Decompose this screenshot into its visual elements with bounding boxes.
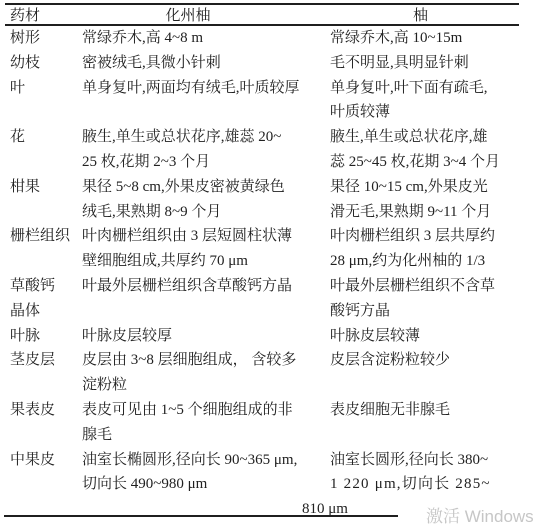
huazhou-pomelo-cell: 油室长椭圆形,径向长 90~365 μm,切向长 490~980 μm: [82, 448, 330, 498]
table-row: 草酸钙晶体叶最外层栅栏组织含草酸钙方晶叶最外层栅栏组织不含草酸钙方晶: [5, 274, 519, 324]
table-row: 果表皮表皮可见由 1~5 个细胞组成的非腺毛表皮细胞无非腺毛: [5, 398, 519, 448]
row-label-cell: 叶: [5, 76, 82, 101]
huazhou-pomelo-cell: 单身复叶,两面均有绒毛,叶质较厚: [82, 76, 330, 101]
text-line: 幼枝: [10, 51, 82, 76]
text-line: 叶肉栅栏组织 3 层共厚约: [330, 224, 519, 249]
huazhou-pomelo-cell: 果径 5~8 cm,外果皮密被黄绿色绒毛,果熟期 8~9 个月: [82, 175, 330, 225]
text-line: 叶最外层栅栏组织含草酸钙方晶: [82, 274, 330, 299]
header-cell-huazhou-pomelo: 化州柚: [82, 4, 330, 25]
text-line: 果径 10~15 cm,外果皮光: [330, 175, 519, 200]
text-line: 叶最外层栅栏组织不含草: [330, 274, 519, 299]
text-line: 栅栏组织: [10, 224, 82, 249]
text-line: 腺毛: [82, 423, 330, 448]
huazhou-pomelo-cell: 叶肉栅栏组织由 3 层短圆柱状薄壁细胞组成,共厚约 70 μm: [82, 224, 330, 274]
text-line: 果径 5~8 cm,外果皮密被黄绿色: [82, 175, 330, 200]
row-label-cell: 树形: [5, 26, 82, 51]
text-line: 蕊 25~45 枚,花期 3~4 个月: [330, 150, 519, 175]
row-label-cell: 幼枝: [5, 51, 82, 76]
table-header-row: 药材 化州柚 柚: [5, 5, 519, 24]
row-label-cell: 中果皮: [5, 448, 82, 473]
row-label-cell: 叶脉: [5, 324, 82, 349]
text-line: 中果皮: [10, 448, 82, 473]
table-row: 花腋生,单生或总状花序,雄蕊 20~25 枚,花期 2~3 个月腋生,单生或总状…: [5, 125, 519, 175]
text-line: 皮层含淀粉粒较少: [330, 348, 519, 373]
pomelo-cell: 叶脉皮层较薄: [330, 324, 519, 349]
huazhou-pomelo-cell: 密被绒毛,具微小针刺: [82, 51, 330, 76]
row-label-cell: 柑果: [5, 175, 82, 200]
pomelo-cell: 叶肉栅栏组织 3 层共厚约28 μm,约为化州柚的 1/3: [330, 224, 519, 274]
pomelo-cell: 常绿乔木,高 10~15m: [330, 26, 519, 51]
table-row: 叶单身复叶,两面均有绒毛,叶质较厚单身复叶,叶下面有疏毛,叶质较薄: [5, 76, 519, 126]
text-line: 表皮可见由 1~5 个细胞组成的非: [82, 398, 330, 423]
pomelo-cell: 果径 10~15 cm,外果皮光滑无毛,果熟期 9~11 个月: [330, 175, 519, 225]
table-row: 茎皮层皮层由 3~8 层细胞组成， 含较多淀粉粒皮层含淀粉粒较少: [5, 348, 519, 398]
row-label-cell: 果表皮: [5, 398, 82, 423]
text-line: 草酸钙: [10, 274, 82, 299]
text-line: 叶脉: [10, 324, 82, 349]
text-line: 表皮细胞无非腺毛: [330, 398, 519, 423]
pomelo-cell: 腋生,单生或总状花序,雄蕊 25~45 枚,花期 3~4 个月: [330, 125, 519, 175]
huazhou-pomelo-cell: 叶脉皮层较厚: [82, 324, 330, 349]
windows-activation-watermark: 激活 Windows: [426, 502, 534, 526]
row-label-cell: 草酸钙晶体: [5, 274, 82, 324]
table-row: 叶脉叶脉皮层较厚叶脉皮层较薄: [5, 324, 519, 349]
text-line: 1 220 μm,切向长 285~: [330, 472, 519, 497]
text-line: 腋生,单生或总状花序,雄: [330, 125, 519, 150]
text-line: 绒毛,果熟期 8~9 个月: [82, 200, 330, 225]
text-line: 晶体: [10, 299, 82, 324]
pomelo-cell: 单身复叶,叶下面有疏毛,叶质较薄: [330, 76, 519, 126]
text-line: 切向长 490~980 μm: [82, 472, 330, 497]
table-row: 栅栏组织叶肉栅栏组织由 3 层短圆柱状薄壁细胞组成,共厚约 70 μm叶肉栅栏组…: [5, 224, 519, 274]
huazhou-pomelo-cell: 皮层由 3~8 层细胞组成， 含较多淀粉粒: [82, 348, 330, 398]
text-line: 酸钙方晶: [330, 299, 519, 324]
header-cell-material: 药材: [5, 4, 82, 25]
text-line: 常绿乔木,高 4~8 m: [82, 26, 330, 51]
text-line: 单身复叶,两面均有绒毛,叶质较厚: [82, 76, 330, 101]
text-line: 毛不明显,具明显针刺: [330, 51, 519, 76]
text-line: 常绿乔木,高 10~15m: [330, 26, 519, 51]
pomelo-cell: 叶最外层栅栏组织不含草酸钙方晶: [330, 274, 519, 324]
text-line: 树形: [10, 26, 82, 51]
text-line: 柑果: [10, 175, 82, 200]
row-label-cell: 茎皮层: [5, 348, 82, 373]
text-line: 茎皮层: [10, 348, 82, 373]
table-row: 幼枝密被绒毛,具微小针刺毛不明显,具明显针刺: [5, 51, 519, 76]
text-line: 叶脉皮层较厚: [82, 324, 330, 349]
text-line: 叶脉皮层较薄: [330, 324, 519, 349]
text-line: 单身复叶,叶下面有疏毛,: [330, 76, 519, 101]
text-line: 腋生,单生或总状花序,雄蕊 20~: [82, 125, 330, 150]
row-label-cell: 花: [5, 125, 82, 150]
text-line: 壁细胞组成,共厚约 70 μm: [82, 249, 330, 274]
header-cell-pomelo: 柚: [330, 4, 519, 25]
text-line: 花: [10, 125, 82, 150]
text-line: 叶肉栅栏组织由 3 层短圆柱状薄: [82, 224, 330, 249]
pomelo-cell: 皮层含淀粉粒较少: [330, 348, 519, 373]
text-line: 油室长椭圆形,径向长 90~365 μm,: [82, 448, 330, 473]
page: 药材 化州柚 柚 树形常绿乔木,高 4~8 m常绿乔木,高 10~15m幼枝密被…: [0, 0, 547, 526]
huazhou-pomelo-cell: 表皮可见由 1~5 个细胞组成的非腺毛: [82, 398, 330, 448]
comparison-table: 药材 化州柚 柚 树形常绿乔木,高 4~8 m常绿乔木,高 10~15m幼枝密被…: [5, 3, 519, 522]
table-body: 树形常绿乔木,高 4~8 m常绿乔木,高 10~15m幼枝密被绒毛,具微小针刺毛…: [5, 26, 519, 522]
row-label-cell: 栅栏组织: [5, 224, 82, 249]
pomelo-cell: 表皮细胞无非腺毛: [330, 398, 519, 423]
table-row: 柑果果径 5~8 cm,外果皮密被黄绿色绒毛,果熟期 8~9 个月果径 10~1…: [5, 175, 519, 225]
bottom-rule: [4, 515, 398, 517]
text-line: 果表皮: [10, 398, 82, 423]
text-line: 28 μm,约为化州柚的 1/3: [330, 249, 519, 274]
text-line: 油室长圆形,径向长 380~: [330, 448, 519, 473]
text-line: 叶: [10, 76, 82, 101]
pomelo-cell: 毛不明显,具明显针刺: [330, 51, 519, 76]
text-line: 叶质较薄: [330, 100, 519, 125]
text-line: 密被绒毛,具微小针刺: [82, 51, 330, 76]
table-row: 树形常绿乔木,高 4~8 m常绿乔木,高 10~15m: [5, 26, 519, 51]
text-line: 25 枚,花期 2~3 个月: [82, 150, 330, 175]
text-line: 淀粉粒: [82, 373, 330, 398]
huazhou-pomelo-cell: 腋生,单生或总状花序,雄蕊 20~25 枚,花期 2~3 个月: [82, 125, 330, 175]
huazhou-pomelo-cell: 常绿乔木,高 4~8 m: [82, 26, 330, 51]
text-line: 皮层由 3~8 层细胞组成， 含较多: [82, 348, 330, 373]
huazhou-pomelo-cell: 叶最外层栅栏组织含草酸钙方晶: [82, 274, 330, 299]
text-line: 滑无毛,果熟期 9~11 个月: [330, 200, 519, 225]
